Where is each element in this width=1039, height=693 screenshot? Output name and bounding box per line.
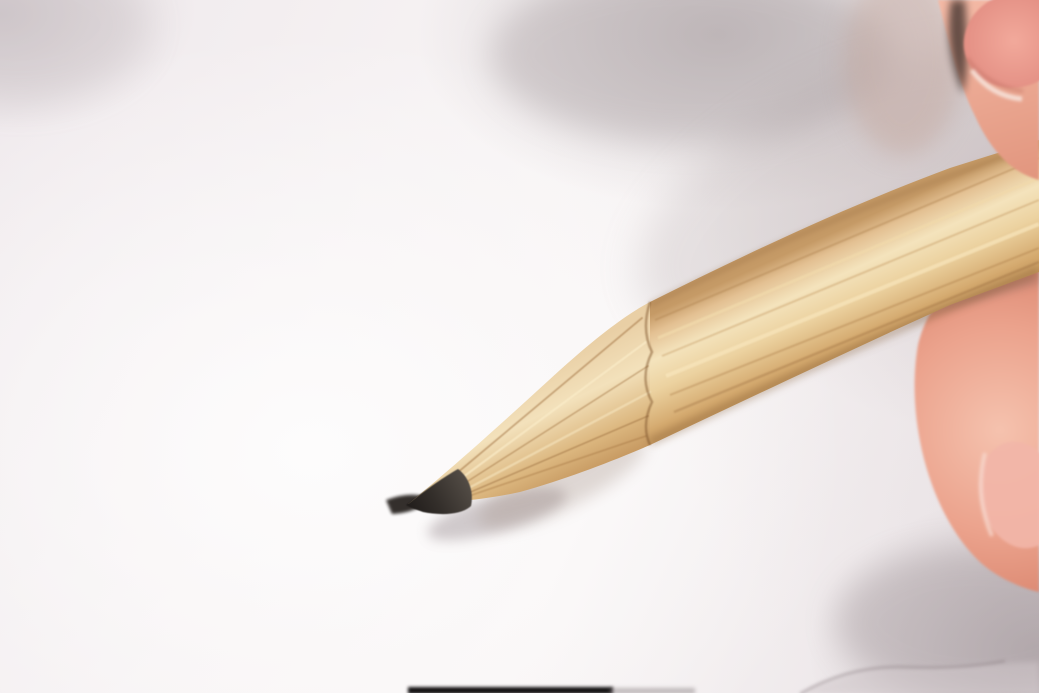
answer-sheet (0, 0, 1039, 693)
photo-canvas (0, 0, 1039, 693)
